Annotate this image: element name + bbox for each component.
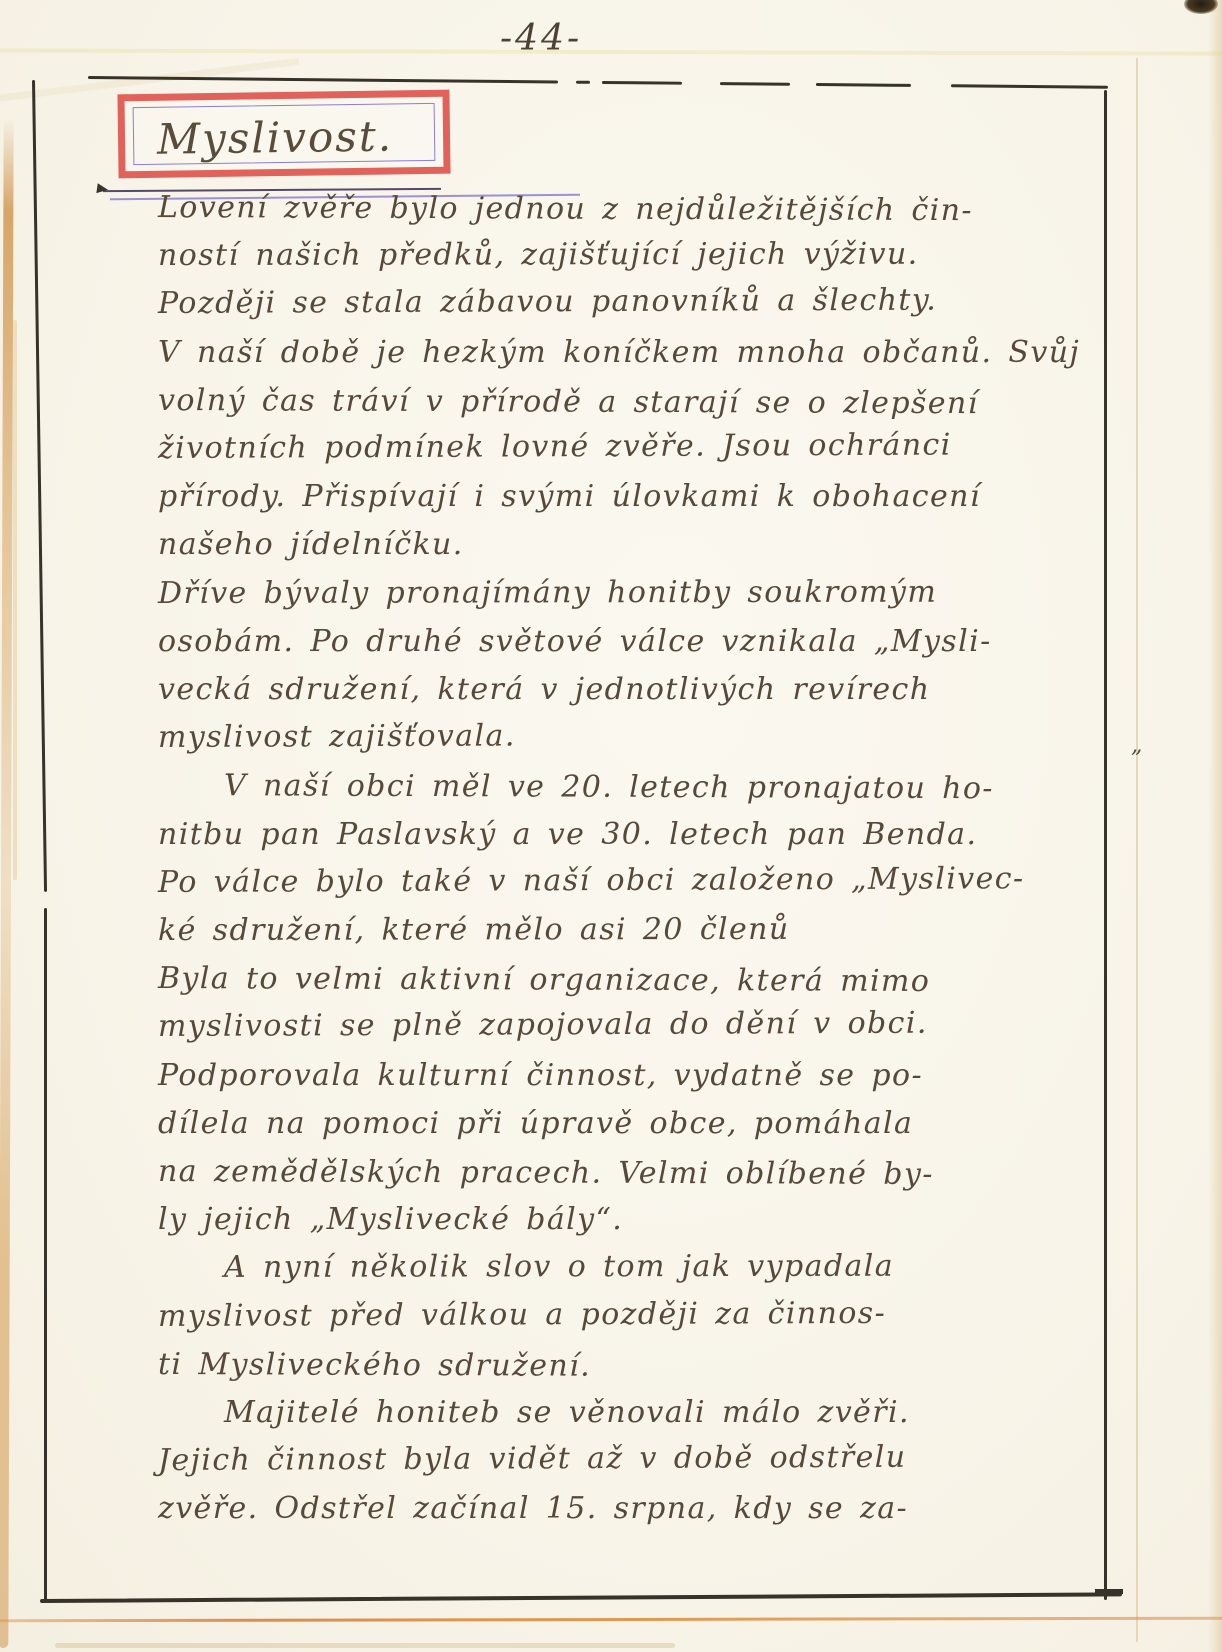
text-line: V naší době je hezkým koníčkem mnoha obč…: [158, 329, 1148, 377]
manuscript-text: Lovení zvěře bylo jednou z nejdůležitějš…: [158, 184, 1148, 1534]
scan-bottom-orange-line: [0, 1617, 1222, 1623]
text-line: myslivost zajišťovala.: [158, 710, 1148, 763]
title-box: Myslivost.: [117, 90, 450, 179]
text-line: Po válce bylo také v naší obci založeno …: [158, 855, 1148, 908]
title-underline-arrow: [96, 183, 108, 194]
stray-ink-mark: „: [1131, 733, 1142, 758]
scanned-chronicle-page: { "page": { "number": "-44-", "title": "…: [0, 0, 1222, 1652]
text-line: ností našich předků, zajišťující jejich …: [158, 230, 1148, 280]
text-line: myslivost před válkou a později za činno…: [158, 1288, 1148, 1341]
text-line: zvěře. Odstřel začínal 15. srpna, kdy se…: [158, 1485, 1148, 1533]
scan-left-edge-soft: [13, 320, 17, 880]
text-line: osobám. Po druhé světové válce vznikala …: [158, 618, 1148, 666]
text-line: životních podmínek lovné zvěře. Jsou och…: [158, 421, 1148, 474]
text-line: V naší obci měl ve 20. letech pronajatou…: [158, 762, 1148, 814]
text-line: ti Mysliveckého sdružení.: [158, 1341, 1148, 1393]
text-line: ly jejich „Myslivecké bály“.: [158, 1196, 1148, 1244]
frame-border-left-upper: [32, 80, 47, 892]
scan-top-faint-line: [0, 48, 1222, 55]
scan-right-edge-shade: [1208, 0, 1222, 1652]
text-line: Později se stala zábavou panovníků a šle…: [158, 276, 1148, 329]
text-line: ké sdružení, které mělo asi 20 členů: [158, 905, 1148, 955]
frame-border-top: [88, 76, 1108, 89]
text-line: A nyní několik slov o tom jak vypadala: [158, 1243, 1148, 1293]
text-line: nitbu pan Paslavský a ve 30. letech pan …: [158, 811, 1148, 859]
text-line: dílela na pomoci při úpravě obce, pomáha…: [158, 1100, 1148, 1148]
scan-bottom-smudge: [55, 1643, 675, 1648]
text-line: Lovení zvěře bylo jednou z nejdůležitějš…: [158, 184, 1148, 236]
text-line: přírody. Přispívají i svými úlovkami k o…: [158, 473, 1148, 521]
page-number: -44-: [500, 18, 582, 59]
text-line: Majitelé honiteb se věnovali málo zvěři.: [158, 1389, 1148, 1437]
frame-border-bottom-tick: [1095, 1589, 1123, 1594]
frame-border-bottom: [40, 1592, 1122, 1602]
text-line: vecká sdružení, která v jednotlivých rev…: [158, 666, 1148, 714]
text-line: Jejich činnost byla vidět až v době odst…: [158, 1433, 1148, 1486]
section-title: Myslivost.: [157, 111, 394, 163]
text-line: Podporovala kulturní činnost, vydatně se…: [158, 1052, 1148, 1100]
text-line: našeho jídelníčku.: [158, 521, 1148, 569]
text-line: myslivosti se plně zapojovala do dění v …: [158, 999, 1148, 1052]
text-line: Dříve bývaly pronajímány honitby soukrom…: [158, 568, 1148, 618]
frame-border-left-lower: [44, 908, 47, 1600]
text-line: na zemědělských pracech. Velmi oblíbené …: [158, 1148, 1148, 1200]
scan-left-edge: [0, 118, 14, 1648]
